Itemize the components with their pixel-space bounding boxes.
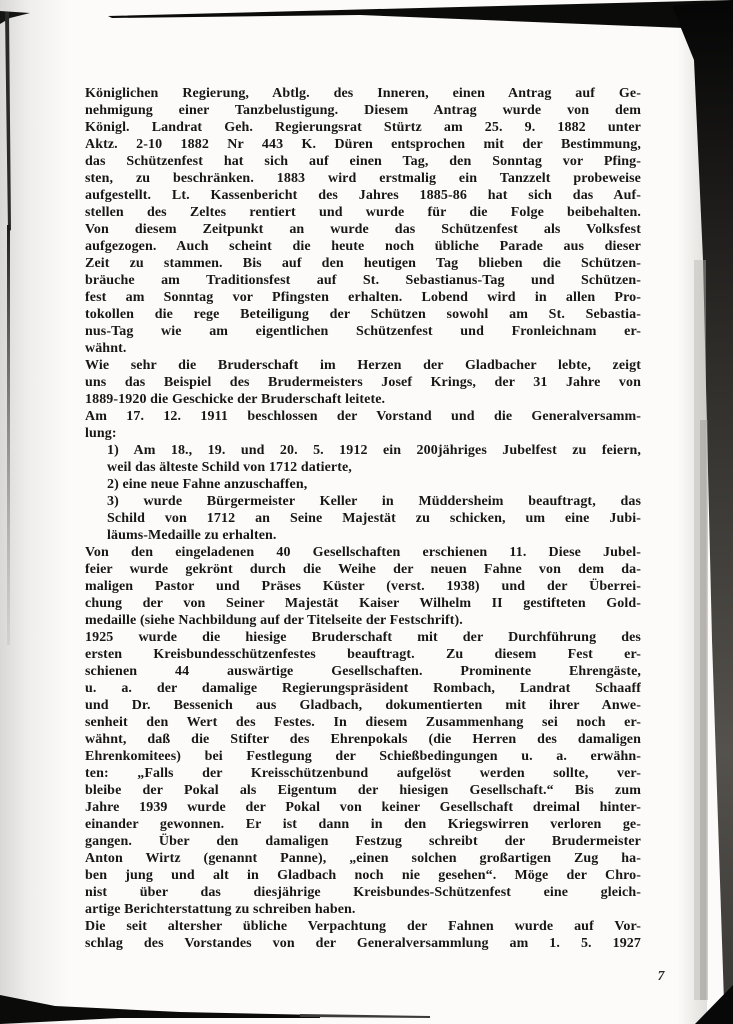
text-line: nist über das diesjährige Kreisbundes-Sc… bbox=[85, 884, 641, 901]
text-line: Jahre 1939 wurde der Pokal von keiner Ge… bbox=[85, 799, 641, 816]
text-line: wähnt, daß die Stifter des Ehrenpokals (… bbox=[85, 731, 641, 748]
text-line: ersten Kreisbundesschützenfestes beauftr… bbox=[85, 646, 641, 663]
text-line: lung: bbox=[85, 425, 641, 442]
scan-edge-bottom-left-tail bbox=[300, 1014, 430, 1018]
text-line: u. a. der damalige Regierungspräsident R… bbox=[85, 680, 641, 697]
scan-edge-top bbox=[108, 0, 733, 30]
text-line: sten, zu beschränken. 1883 wird erstmali… bbox=[85, 170, 641, 187]
text-line: stellen des Zeltes rentiert und wurde fü… bbox=[85, 204, 641, 221]
text-line: 1925 wurde die hiesige Bruderschaft mit … bbox=[85, 629, 641, 646]
text-line: bräuche am Traditionsfest auf St. Sebast… bbox=[85, 272, 641, 289]
text-line: Ehrenkomitees) bei Festlegung der Schieß… bbox=[85, 748, 641, 765]
text-line: maligen Pastor und Präses Küster (verst.… bbox=[85, 578, 641, 595]
text-line: Königlichen Regierung, Abtlg. des Innere… bbox=[85, 85, 641, 102]
text-line: Wie sehr die Bruderschaft im Herzen der … bbox=[85, 357, 641, 374]
text-line: nus-Tag wie am eigentlichen Schützenfest… bbox=[85, 323, 641, 340]
text-block: Königlichen Regierung, Abtlg. des Innere… bbox=[85, 85, 641, 952]
text-line: Aktz. 2-10 1882 Nr 443 K. Düren entsproc… bbox=[85, 136, 641, 153]
scanned-book-page: Königlichen Regierung, Abtlg. des Innere… bbox=[0, 0, 733, 1024]
text-line: Von diesem Zeitpunkt an wurde das Schütz… bbox=[85, 221, 641, 238]
text-line: Schild von 1712 an Seine Majestät zu sch… bbox=[85, 510, 641, 527]
text-line: Königl. Landrat Geh. Regierungsrat Stürt… bbox=[85, 119, 641, 136]
text-line: schlag des Vorstandes von der Generalver… bbox=[85, 935, 641, 952]
text-line: gangen. Über den damaligen Festzug schre… bbox=[85, 833, 641, 850]
text-line: 1) Am 18., 19. und 20. 5. 1912 ein 200jä… bbox=[85, 442, 641, 459]
text-line: senheit den Wert des Festes. In diesem Z… bbox=[85, 714, 641, 731]
text-line: Die seit altersher übliche Verpachtung d… bbox=[85, 918, 641, 935]
text-line: wähnt. bbox=[85, 340, 641, 357]
text-line: 3) wurde Bürgermeister Keller in Müdders… bbox=[85, 493, 641, 510]
text-line: fest am Sonntag vor Pfingsten erhalten. … bbox=[85, 289, 641, 306]
text-line: chung der von Seiner Majestät Kaiser Wil… bbox=[85, 595, 641, 612]
text-line: aufgezogen. Auch scheint die heute noch … bbox=[85, 238, 641, 255]
text-line: 2) eine neue Fahne anzuschaffen, bbox=[85, 476, 641, 493]
text-line: Am 17. 12. 1911 beschlossen der Vorstand… bbox=[85, 408, 641, 425]
text-line: einander gewonnen. Er ist dann in den Kr… bbox=[85, 816, 641, 833]
text-line: uns das Beispiel des Brudermeisters Jose… bbox=[85, 374, 641, 391]
text-line: Zeit zu stammen. Bis auf den heutigen Ta… bbox=[85, 255, 641, 272]
text-line: nehmigung einer Tanzbelustigung. Diesem … bbox=[85, 102, 641, 119]
text-line: 1889-1920 die Geschicke der Bruderschaft… bbox=[85, 391, 641, 408]
text-line: tokollen die rege Beteiligung der Schütz… bbox=[85, 306, 641, 323]
text-line: ten: „Falls der Kreisschützenbund aufgel… bbox=[85, 765, 641, 782]
text-line: das Schützenfest hat sich auf einen Tag,… bbox=[85, 153, 641, 170]
text-line: läums-Medaille zu erhalten. bbox=[85, 527, 641, 544]
page-gutter-shadow bbox=[0, 0, 70, 1024]
text-line: artige Berichterstattung zu schreiben ha… bbox=[85, 901, 641, 918]
text-line: Von den eingeladenen 40 Gesellschaften e… bbox=[85, 544, 641, 561]
text-line: Anton Wirtz (genannt Panne), „einen solc… bbox=[85, 850, 641, 867]
text-line: aufgestellt. Lt. Kassenbericht des Jahre… bbox=[85, 187, 641, 204]
page-number: 7 bbox=[649, 967, 673, 984]
text-line: medaille (siehe Nachbildung auf der Tite… bbox=[85, 612, 641, 629]
text-line: bleibe der Pokal als Eigentum der hiesig… bbox=[85, 782, 641, 799]
text-line: ben jung und alt in Gladbach noch nie ge… bbox=[85, 867, 641, 884]
text-line: schienen 44 auswärtige Gesellschaften. P… bbox=[85, 663, 641, 680]
text-line: weil das älteste Schild von 1712 datiert… bbox=[85, 459, 641, 476]
text-line: und Dr. Bessenich aus Gladbach, dokument… bbox=[85, 697, 641, 714]
page-edge-shadow bbox=[677, 0, 707, 1024]
text-line: feier wurde gekrönt durch die Weihe der … bbox=[85, 561, 641, 578]
